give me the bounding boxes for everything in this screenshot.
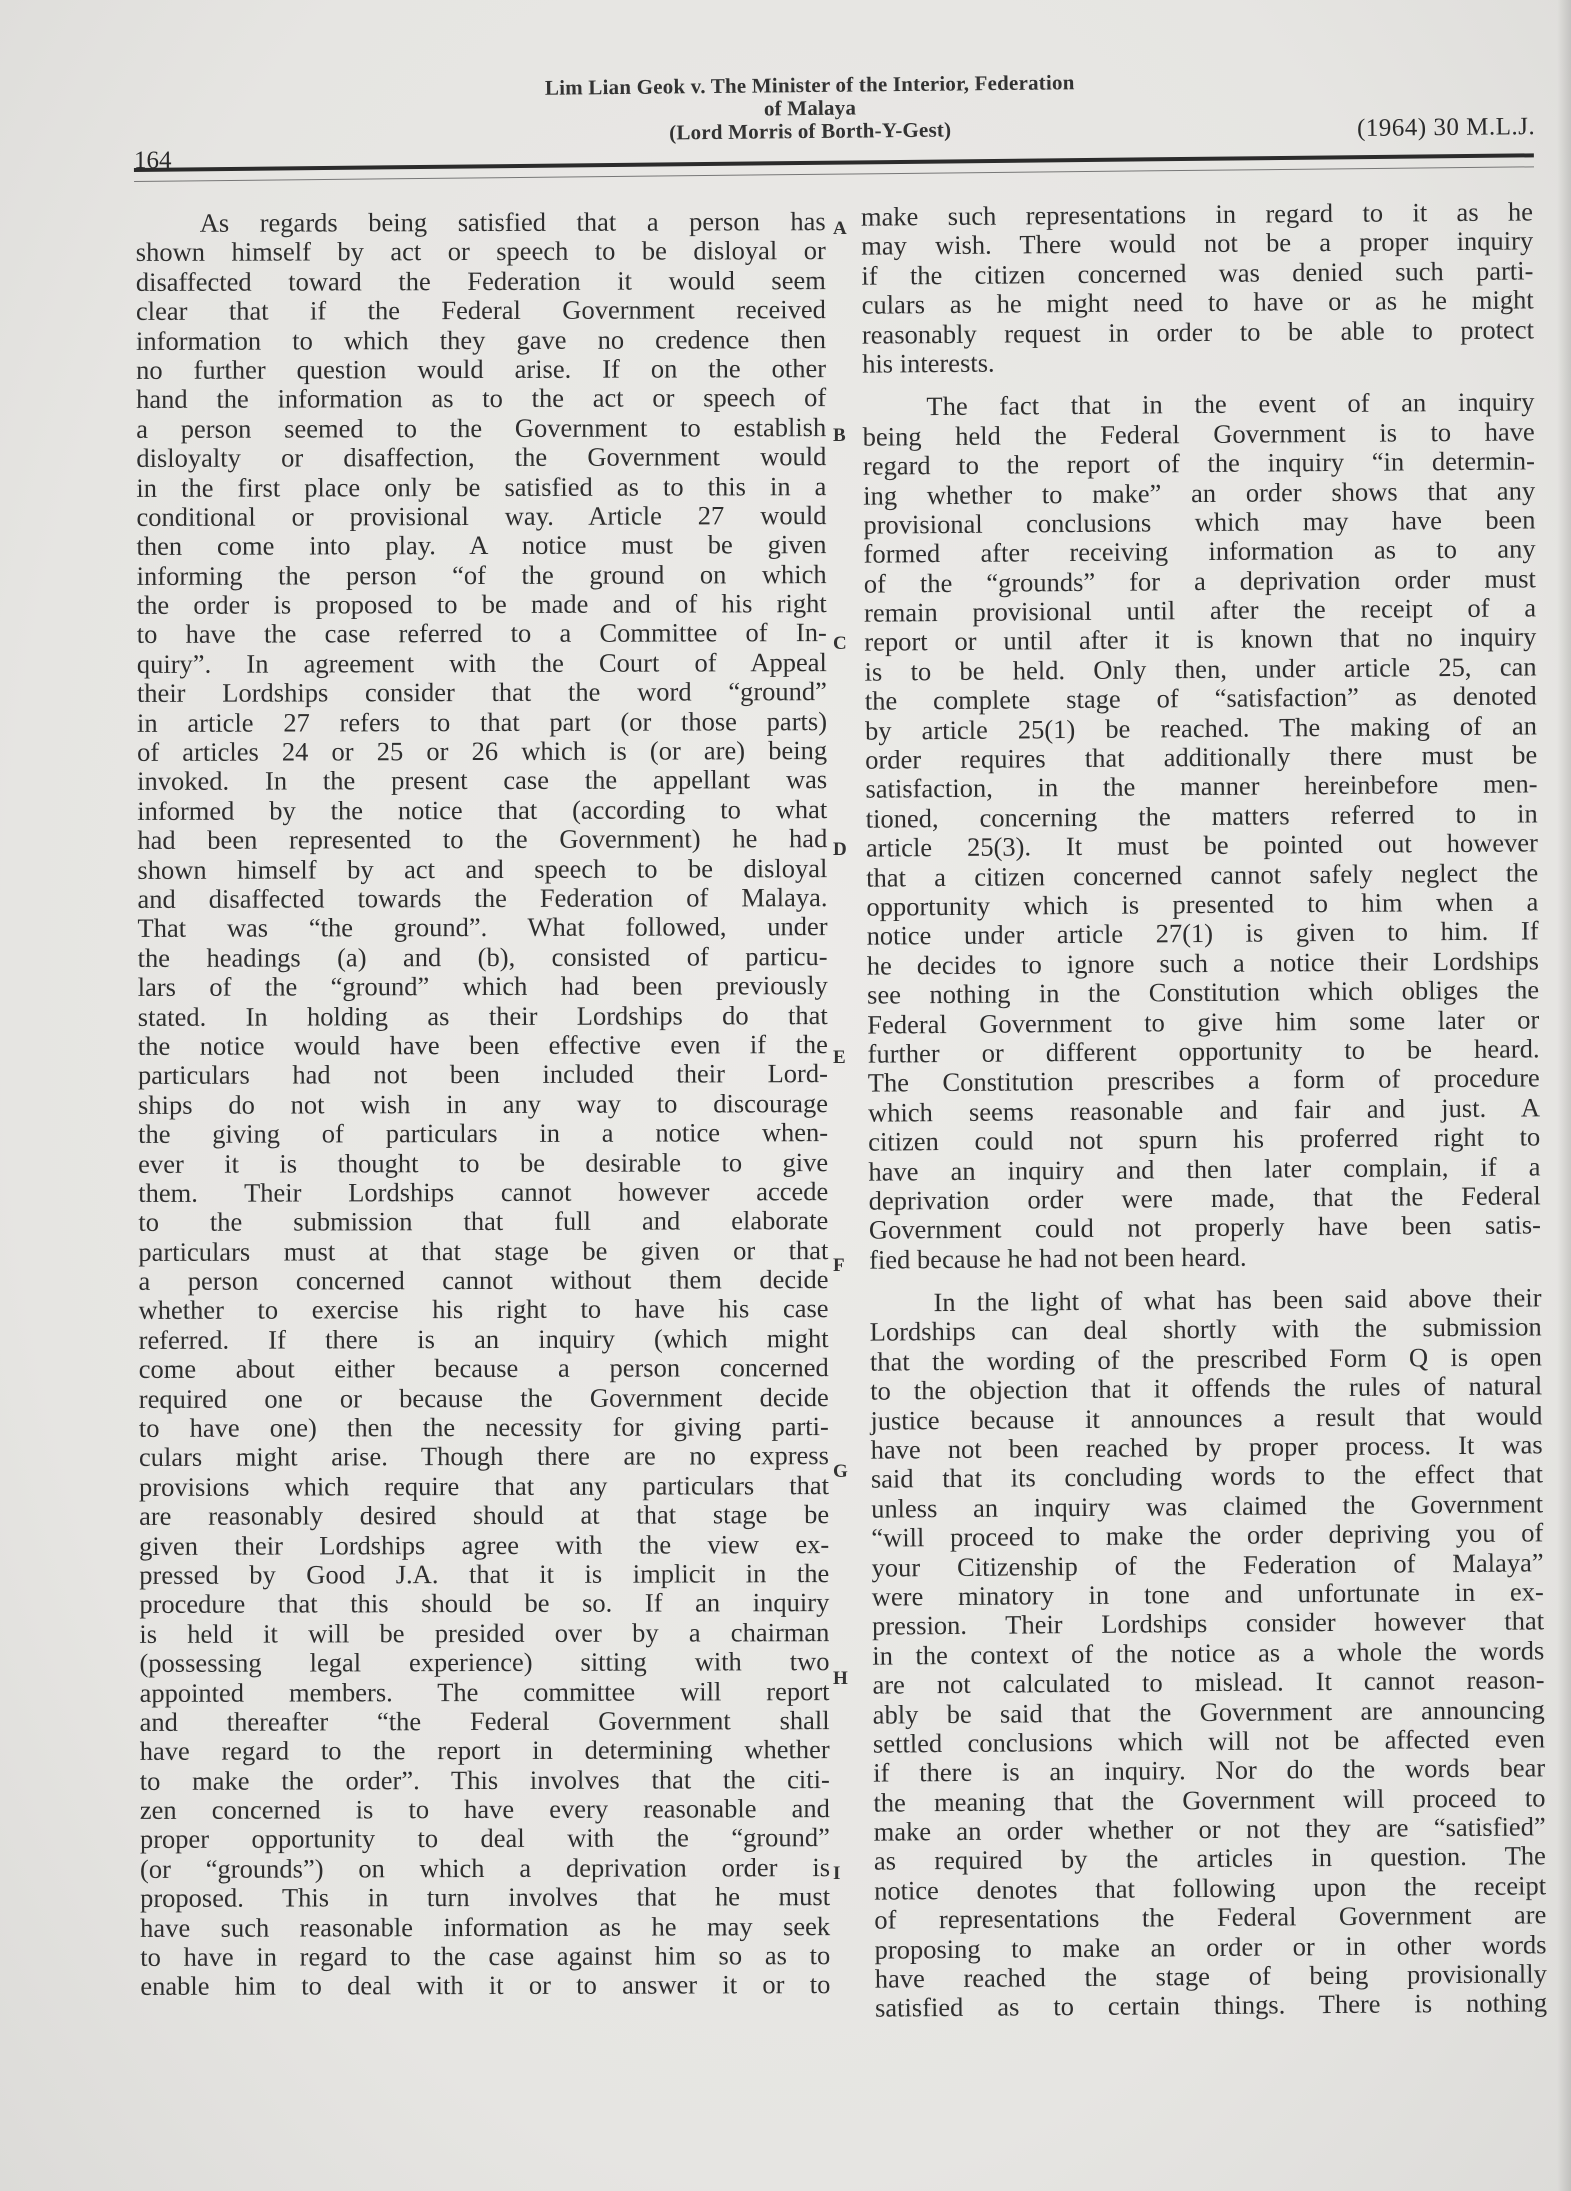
text-line: a person concerned cannot without them d… [138, 1265, 828, 1296]
page-edge-shadow [1557, 0, 1571, 2191]
text-line: shown himself by act or speech to be dis… [136, 236, 826, 267]
margin-letter-d: D [833, 839, 847, 861]
paragraph: make such representations in regard to i… [861, 197, 1534, 379]
text-line: (or “grounds”) on which a deprivation or… [140, 1853, 830, 1884]
text-line: in article 27 refers to that part (or th… [137, 707, 827, 738]
header-rule-divider [134, 153, 1534, 182]
text-line: proper opportunity to deal with the “gro… [140, 1824, 830, 1855]
text-line: then come into play. A notice must be gi… [137, 530, 827, 561]
text-line: particulars must at that stage be given … [138, 1236, 828, 1267]
text-line: to make the order”. This involves that t… [140, 1765, 830, 1796]
text-line: the order is proposed to be made and of … [137, 589, 827, 620]
text-line: As regards being satisfied that a person… [136, 207, 826, 238]
text-line: stated. In holding as their Lordships do… [138, 1001, 828, 1032]
text-line: is held it will be presided over by a ch… [139, 1618, 829, 1649]
text-line: proposed. This in turn involves that he … [140, 1882, 830, 1913]
text-line: appointed members. The committee will re… [140, 1677, 830, 1708]
text-line: the giving of particulars in a notice wh… [138, 1118, 828, 1149]
text-line: to the submission that full and elaborat… [138, 1206, 828, 1237]
text-line: enable him to deal with it or to answer … [140, 1971, 830, 2002]
paragraph: In the light of what has been said above… [869, 1283, 1547, 2023]
text-line: no further question would arise. If on t… [136, 354, 826, 385]
text-line: That was “the ground”. What followed, un… [138, 912, 828, 943]
text-line: hand the information as to the act or sp… [136, 383, 826, 414]
text-line: a person seemed to the Government to est… [136, 413, 826, 444]
text-line: Government could not properly have been … [869, 1211, 1541, 1246]
margin-letter-e: E [833, 1047, 846, 1069]
text-line: clear that if the Federal Government rec… [136, 295, 826, 326]
text-line: had been represented to the Government) … [137, 824, 827, 855]
left-text-column: As regards being satisfied that a person… [136, 207, 831, 2002]
margin-letter-c: C [833, 633, 847, 655]
margin-letter-h: H [833, 1668, 848, 1690]
right-text-column: make such representations in regard to i… [861, 197, 1547, 2023]
text-line: their Lordships consider that the word “… [137, 677, 827, 708]
text-line: to have the case referred to a Committee… [137, 619, 827, 650]
text-line: whether to exercise his right to have hi… [139, 1295, 829, 1326]
text-line: lars of the “ground” which had been prev… [138, 971, 828, 1002]
text-line: (possessing legal experience) sitting wi… [139, 1647, 829, 1678]
text-line: informed by the notice that (according t… [137, 795, 827, 826]
document-page: Lim Lian Geok v. The Minister of the Int… [0, 0, 1571, 2191]
text-line: information to which they gave no creden… [136, 325, 826, 356]
text-line: required one or because the Government d… [139, 1383, 829, 1414]
text-line: referred. If there is an inquiry (which … [139, 1324, 829, 1355]
text-line: provisions which require that any partic… [139, 1471, 829, 1502]
text-line: informing the person “of the ground on w… [137, 560, 827, 591]
text-line: to have in regard to the case against hi… [140, 1941, 830, 1972]
text-line: pressed by Good J.A. that it is implicit… [139, 1559, 829, 1590]
paragraph: The fact that in the event of an inquiry… [862, 388, 1541, 1275]
text-line: the notice would have been effective eve… [138, 1030, 828, 1061]
margin-letter-f: F [833, 1255, 845, 1277]
text-line: and disaffected towards the Federation o… [137, 883, 827, 914]
margin-letter-i: I [833, 1863, 840, 1885]
text-line: invoked. In the present case the appella… [137, 766, 827, 797]
text-line: and thereafter “the Federal Government s… [140, 1706, 830, 1737]
text-line: culars might arise. Though there are no … [139, 1442, 829, 1473]
text-line: reasonably request in order to be able t… [862, 315, 1534, 350]
text-line: ever it is thought to be desirable to gi… [138, 1148, 828, 1179]
text-line: shown himself by act and speech to be di… [137, 854, 827, 885]
text-line: zen concerned is to have every reasonabl… [140, 1794, 830, 1825]
text-line: ships do not wish in any way to discoura… [138, 1089, 828, 1120]
text-line: disloyalty or disaffection, the Governme… [136, 442, 826, 473]
text-line: particulars had not been included their … [138, 1059, 828, 1090]
text-line: come about either because a person conce… [139, 1353, 829, 1384]
margin-letter-b: B [833, 425, 846, 447]
text-line: are reasonably desired should at that st… [139, 1500, 829, 1531]
text-line: them. Their Lordships cannot however acc… [138, 1177, 828, 1208]
paragraph: As regards being satisfied that a person… [136, 207, 831, 2002]
text-line: given their Lordships agree with the vie… [139, 1530, 829, 1561]
law-report-citation: (1964) 30 M.L.J. [1357, 113, 1535, 143]
text-line: procedure that this should be so. If an … [139, 1588, 829, 1619]
text-line: have such reasonable information as he m… [140, 1912, 830, 1943]
margin-letter-a: A [833, 218, 847, 240]
text-line: quiry”. In agreement with the Court of A… [137, 648, 827, 679]
text-line: conditional or provisional way. Article … [136, 501, 826, 532]
text-line: disaffected toward the Federation it wou… [136, 266, 826, 297]
text-line: the headings (a) and (b), consisted of p… [138, 942, 828, 973]
running-header-title: Lim Lian Geok v. The Minister of the Int… [440, 70, 1181, 147]
text-line: satisfied as to certain things. There is… [875, 1989, 1547, 2024]
text-line: have regard to the report in determining… [140, 1735, 830, 1766]
text-line: of articles 24 or 25 or 26 which is (or … [137, 736, 827, 767]
text-line: to have one) then the necessity for givi… [139, 1412, 829, 1443]
margin-letter-g: G [833, 1461, 848, 1483]
text-line: in the first place only be satisfied as … [136, 472, 826, 503]
